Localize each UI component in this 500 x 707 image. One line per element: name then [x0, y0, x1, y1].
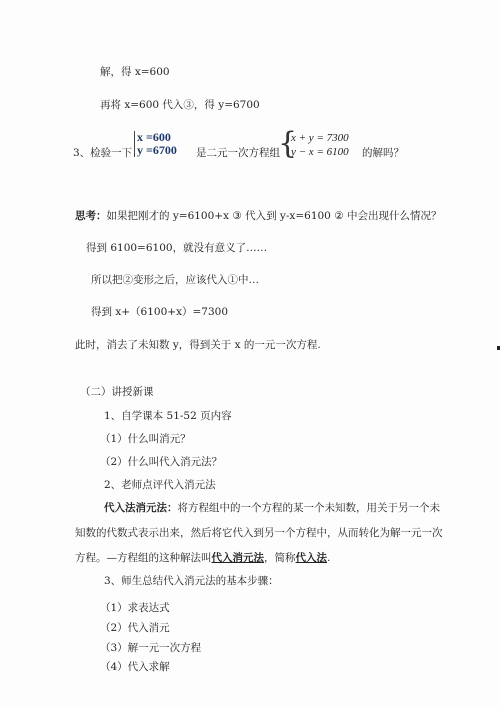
definition-text-3b: ，简称: [264, 552, 296, 564]
step-2: （2）代入消元: [100, 620, 170, 635]
equation-line: 得到 x+（6100+x）=7300: [91, 304, 228, 319]
question-1: （1）什么叫消元？: [100, 431, 191, 446]
equation-system: x + y = 7300 y − x = 6100: [291, 131, 349, 159]
think-label: 思考：: [75, 210, 107, 222]
definition-line-2: 知数的代数式表示出来，然后将它代入到另一个方程中，从而转化为解一元一次: [75, 525, 443, 540]
definition-text-3c: .: [327, 552, 330, 564]
check-suffix: 的解吗？: [362, 145, 404, 160]
think-paragraph: 思考：如果把刚才的 y=6100+x ③ 代入到 y-x=6100 ② 中会出现…: [75, 208, 441, 223]
step-1: （1）求表达式: [100, 600, 170, 615]
equation-2: y − x = 6100: [291, 145, 349, 159]
step-4: （4）代入求解: [100, 659, 170, 674]
conclusion-line: 此时，消去了未知数 y，得到关于 x 的一元一次方程.: [75, 337, 321, 352]
definition-text-1: 将方程组中的一个方程的某一个未知数，用关于另一个未: [178, 502, 441, 514]
solution-y: y =6700: [137, 144, 177, 157]
substitute-line: 再将 x=600 代入③，得 y=6700: [100, 97, 260, 112]
definition-line-3: 方程。—方程组的这种解法叫代入消元法，简称代入法.: [75, 550, 330, 565]
definition-text-3a: 方程。—方程组的这种解法叫: [75, 552, 212, 564]
solution-pair: x =600 y =6700: [134, 131, 177, 157]
think-text: 如果把刚才的 y=6100+x ③ 代入到 y-x=6100 ② 中会出现什么情…: [107, 210, 442, 222]
step-3: （3）解一元一次方程: [100, 640, 201, 655]
term-substitution: 代入法: [296, 552, 328, 564]
item-2: 2、老师点评代入消元法: [104, 477, 216, 492]
transform-line: 所以把②变形之后，应该代入①中…: [91, 272, 259, 287]
check-prefix: 3、检验一下: [73, 145, 132, 160]
section-heading: （二）讲授新课: [80, 384, 154, 399]
result-line: 得到 6100=6100，就没有意义了……: [86, 240, 267, 255]
term-substitution-elimination: 代入消元法: [212, 552, 265, 564]
definition-line-1: 代入法消元法：将方程组中的一个方程的某一个未知数，用关于另一个未: [104, 500, 440, 515]
check-mid: 是二元一次方程组: [196, 145, 280, 160]
equation-1: x + y = 7300: [291, 131, 349, 145]
question-2: （2）什么叫代入消元法？: [100, 454, 222, 469]
item-3: 3、师生总结代入消元法的基本步骤：: [104, 573, 279, 588]
item-1: 1、自学课本 51-52 页内容: [104, 408, 232, 423]
solve-x-line: 解，得 x=600: [100, 64, 170, 79]
definition-label: 代入法消元法：: [104, 502, 178, 514]
